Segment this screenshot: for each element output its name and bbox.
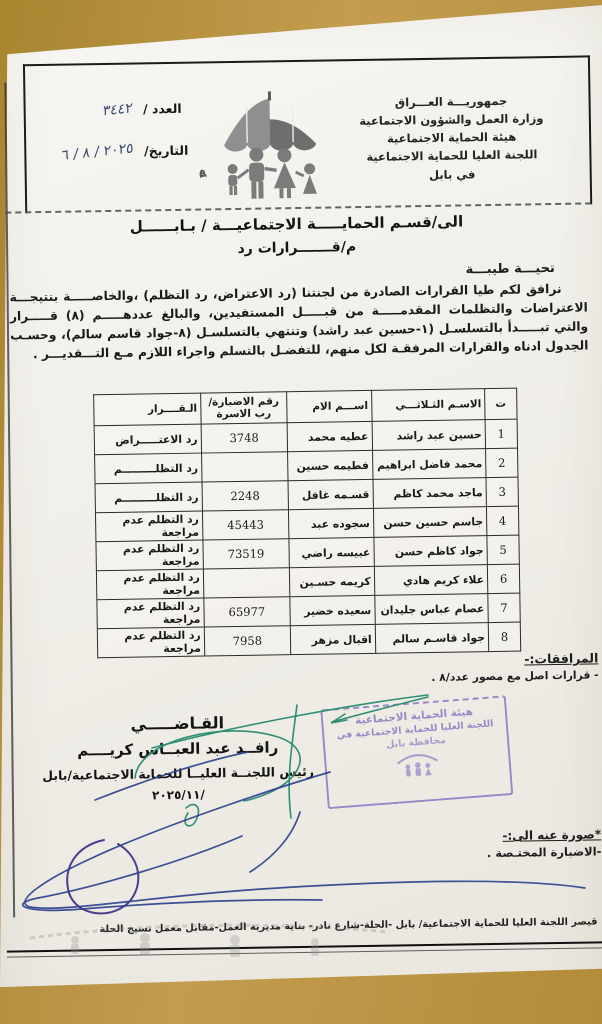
scan-edge-line: [4, 83, 15, 918]
header-file: رقم الاضبارة/رب الاسرة: [200, 392, 287, 424]
cell-seq: 3: [486, 477, 518, 506]
cell-name: ماجد محمد كاظم: [373, 478, 487, 509]
ref-date-line: التاريخ/ ٢٠٢٥ / ٨ / ٦: [8, 143, 188, 162]
cell-file: [203, 568, 290, 598]
cell-mother: سجوده عبد: [288, 508, 373, 538]
cell-file: 7958: [204, 626, 291, 656]
header-decision: الـقــــرار: [94, 393, 201, 426]
cell-file: 45443: [202, 510, 289, 540]
stamp-umbrella-icon: [390, 746, 446, 780]
cell-decision: رد التظلم عدم مراجعة: [96, 569, 203, 600]
ref-date-label: التاريخ/: [144, 143, 188, 159]
cell-mother: فطيمه حسين: [288, 450, 373, 480]
signature-date: ٢٠٢٥/١١/: [32, 786, 324, 805]
cell-decision: رد التظلم عدم مراجعة: [96, 540, 203, 571]
copy-to-item: -الاضبارة المختـصة .: [433, 844, 601, 861]
logo-ring-text: هيئة الحماية الاجتماعية: [191, 75, 211, 182]
official-stamp: هيئة الحماية الاجتماعية اللجنة العليا لل…: [320, 695, 513, 809]
decisions-table: ت الاسـم الثـلاثـــي اســـم الام رقم الا…: [93, 388, 521, 659]
letterhead-ministry-block: جمهوريـــة العـــراق وزارة العمل والشؤون…: [323, 91, 579, 186]
family-icon: [227, 147, 317, 199]
signer-title: القـاضـــــي: [31, 712, 323, 736]
cell-file: 2248: [202, 481, 289, 511]
cell-file: 3748: [201, 423, 288, 453]
copy-to-block: *صورة عنه الى:- -الاضبارة المختـصة .: [433, 827, 601, 861]
attachments-title: المرافقات:-: [422, 650, 598, 668]
signature-block: القـاضـــــي رافــد عبد العبــاس كريــــ…: [31, 712, 324, 805]
attachments-block: المرافقات:- - قرارات اصل مع مصور عدد/٨ .: [422, 650, 598, 684]
copy-to-title: *صورة عنه الى:-: [433, 827, 601, 844]
cell-name: جواد كاظم حسن: [374, 536, 488, 567]
cell-seq: 8: [488, 622, 520, 651]
cell-mother: عطيه محمد: [287, 421, 372, 451]
cell-name: جاسم حسين حسن: [373, 507, 487, 538]
cell-seq: 7: [488, 593, 520, 622]
signer-name: رافــد عبد العبــاس كريــــم: [32, 738, 324, 761]
cell-name: عصام عباس جليدان: [374, 594, 488, 625]
cell-file: [201, 452, 288, 482]
cell-decision: رد الاعتـــــراض: [94, 424, 201, 455]
cell-mother: قسـمه غافل: [288, 479, 373, 509]
footer-rule-thick: [7, 941, 602, 952]
ref-number-line: العدد / ٣٤٤٢: [32, 101, 182, 119]
letter-body: نرافق لكم طيا القرارات الصادرة من لجنتنا…: [9, 279, 588, 364]
cell-name: علاء كريم هادي: [374, 565, 488, 596]
cell-file: 73519: [203, 539, 290, 569]
cell-decision: رد التظلم عدم مراجعة: [97, 598, 204, 629]
ref-number-value-handwritten: ٣٤٤٢: [102, 100, 133, 119]
cell-seq: 5: [487, 535, 519, 564]
ref-number-label: العدد /: [143, 101, 182, 117]
umbrella-icon: [223, 91, 316, 152]
header-seq: ت: [485, 388, 518, 419]
addressee-line: الى/قسـم الحمايـــــة الاجتماعيـــة / بـ…: [55, 211, 537, 237]
cell-mother: سعيده خضير: [290, 595, 375, 625]
greeting-line: تحيـــة طيبـــة: [444, 261, 576, 278]
cell-mother: كريمه حسـين: [289, 566, 374, 596]
cell-mother: عبيسه راضي: [289, 537, 374, 567]
cell-decision: رد التظلم عدم مراجعة: [97, 627, 204, 658]
cell-name: جواد قاسـم سالم: [375, 623, 489, 654]
cell-seq: 1: [485, 419, 517, 448]
cell-file: 65977: [204, 597, 291, 627]
cell-decision: رد التظلم عدم مراجعة: [95, 511, 202, 542]
cell-name: حسين عبد راشد: [372, 420, 486, 451]
cell-seq: 4: [486, 506, 518, 535]
cell-seq: 2: [485, 448, 517, 477]
cell-seq: 6: [487, 564, 519, 593]
cell-mother: اقبال مزهر: [290, 624, 375, 654]
attachments-item: - قرارات اصل مع مصور عدد/٨ .: [423, 668, 599, 684]
subject-line: م/قـــــــرارات رد: [56, 236, 538, 260]
cell-decision: رد التظلـــــــــم: [95, 453, 202, 484]
header-name: الاسـم الثـلاثـــي: [371, 389, 485, 422]
footer-address: قيصر اللجنة العليا للحماية الاجتماعية/ ب…: [94, 916, 602, 935]
header-mother: اســـم الام: [287, 390, 372, 422]
cell-decision: رد التظلـــــــــم: [95, 482, 202, 513]
authority-logo: هيئة الحماية الاجتماعية: [191, 75, 345, 209]
document-content: جمهوريـــة العـــراق وزارة العمل والشؤون…: [0, 0, 602, 1024]
signer-position: رئيس اللجنــة العليــا للحماية الاجتماعي…: [32, 764, 324, 784]
scanned-letter-photo: جمهوريـــة العـــراق وزارة العمل والشؤون…: [0, 0, 602, 1024]
cell-name: محمد فاضل ابراهيم: [372, 449, 486, 480]
